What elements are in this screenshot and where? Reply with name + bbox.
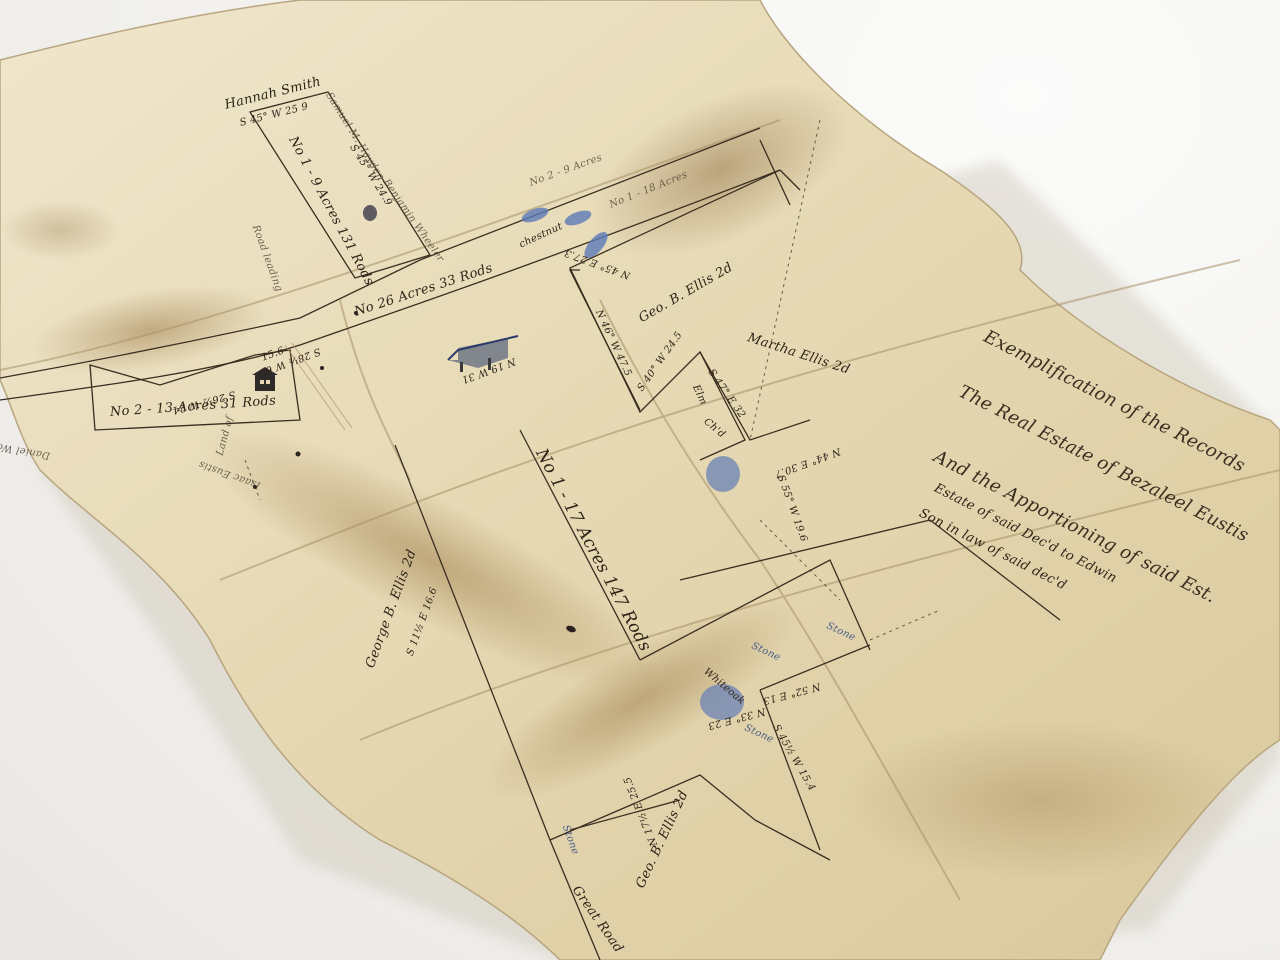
photo-scene: Exemplification of the Records The Real … — [0, 0, 1280, 960]
tree-icon — [706, 456, 740, 492]
tree-icon — [363, 205, 377, 221]
